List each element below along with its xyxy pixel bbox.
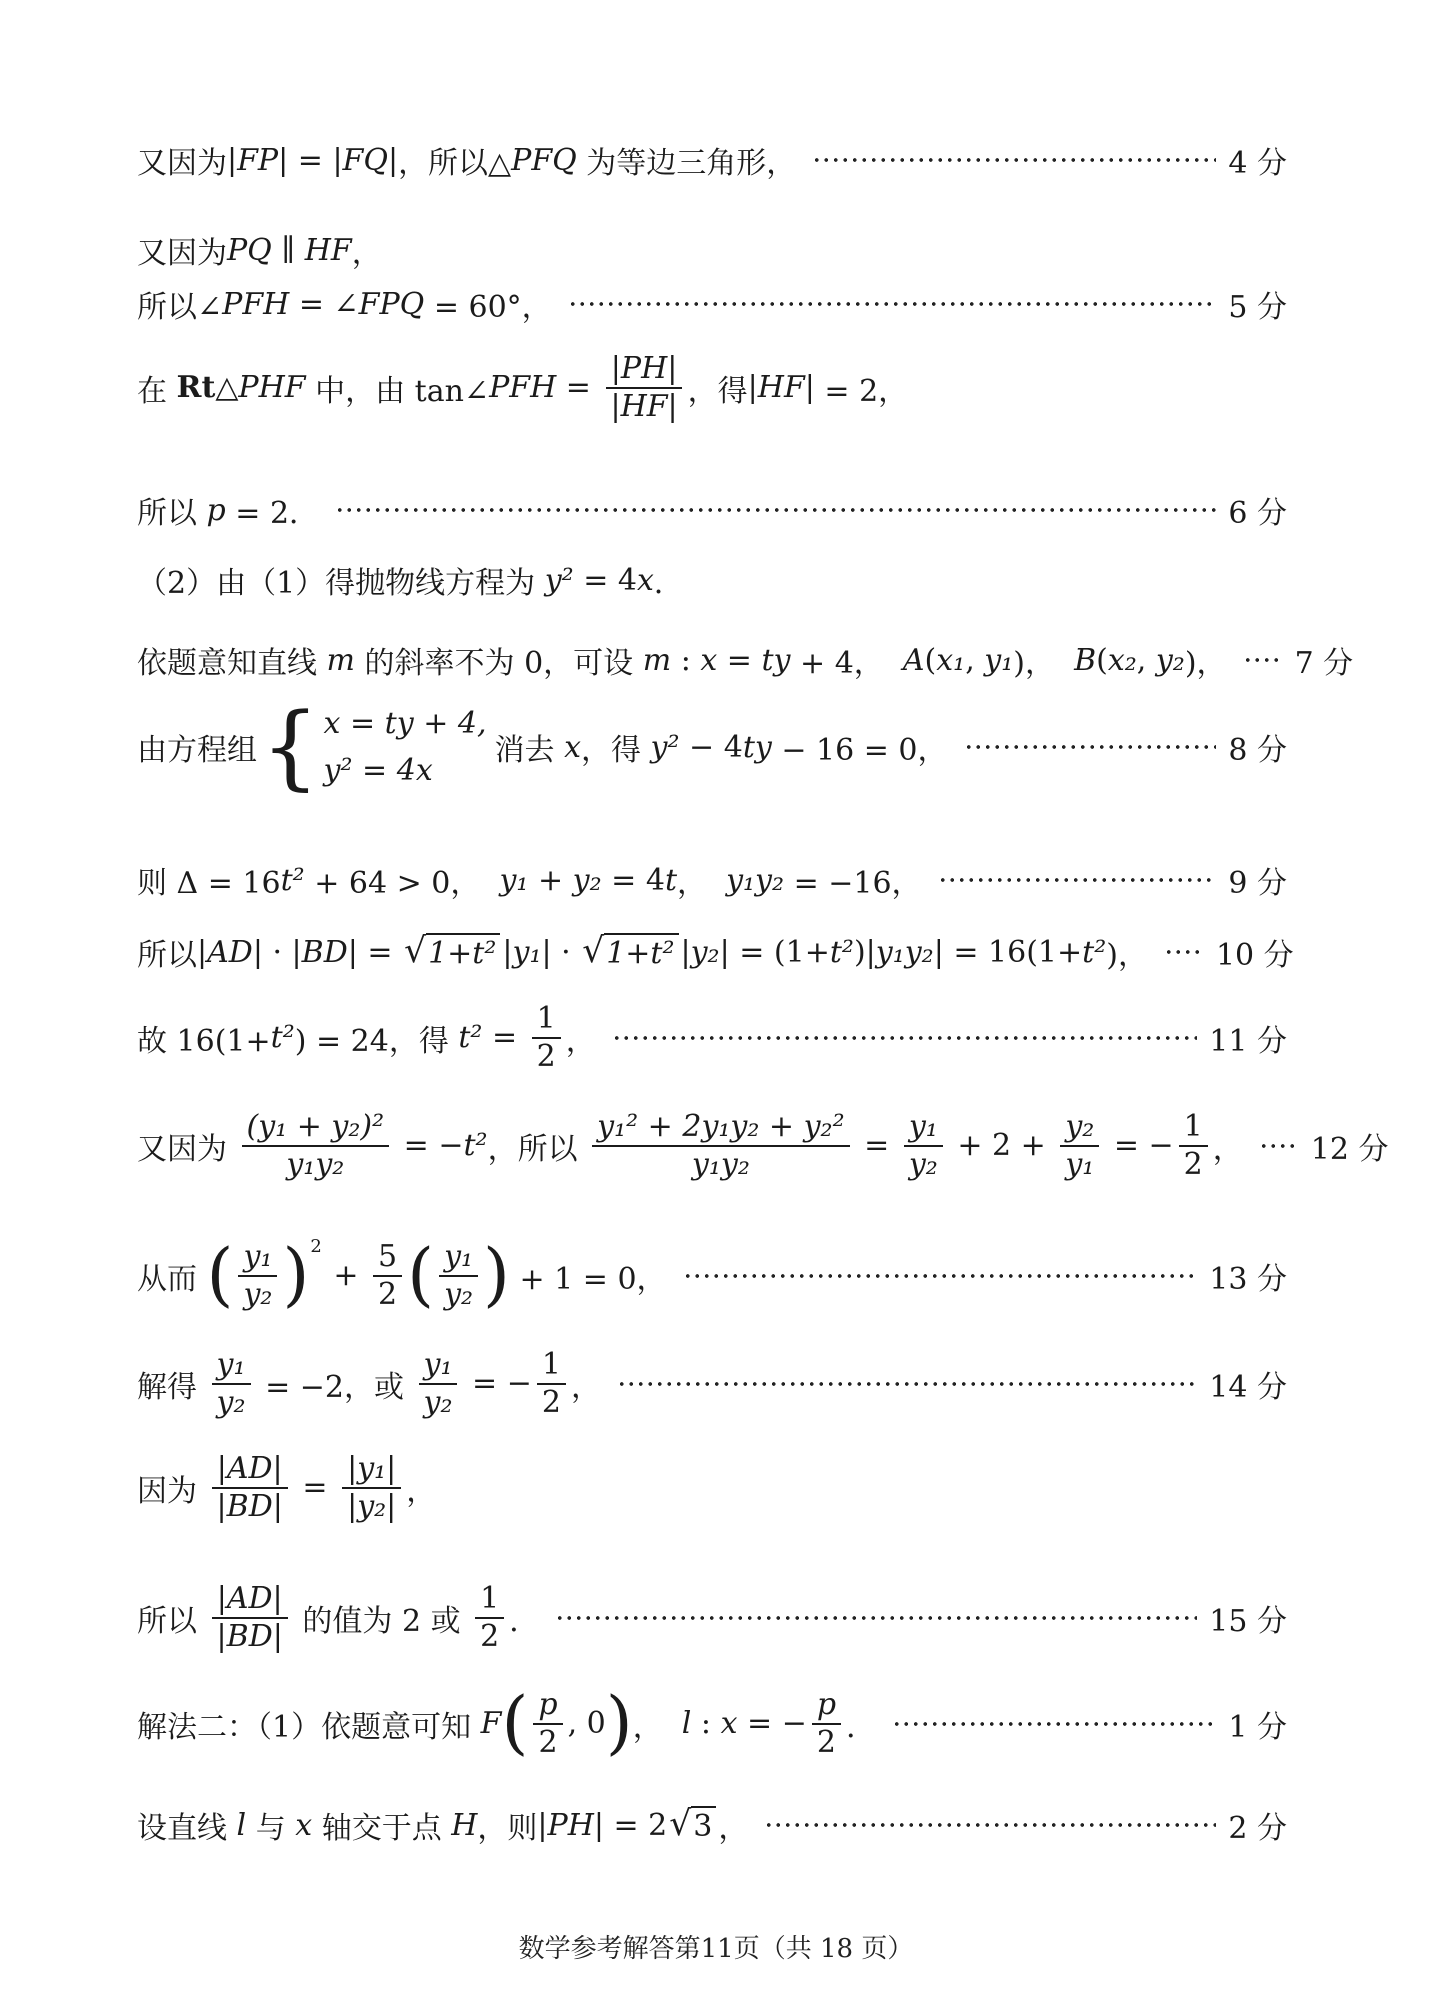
- dotted-leader: [617, 1369, 1197, 1399]
- score-badge: 12 分: [1311, 1124, 1389, 1168]
- dotted-leader: [1243, 645, 1283, 675]
- line-content: 依题意知直线 m 的斜率不为 0，可设 m : x = ty + 4， A(x₁…: [137, 638, 1227, 682]
- score-badge: 13 分: [1209, 1254, 1287, 1298]
- dotted-leader: [568, 289, 1217, 319]
- dotted-leader: [683, 1261, 1198, 1291]
- line-content: 解法二：（1）依题意可知 F(p2, 0)， l : x = −p2．: [137, 1688, 876, 1759]
- dotted-leader: [1259, 1131, 1299, 1161]
- solution-line: 又因为PQ ∥ HF，: [137, 228, 1287, 272]
- solution-line: 因为 |AD||BD| = |y₁||y₂|，: [137, 1452, 1287, 1523]
- line-content: 则 Δ = 16t² + 64 > 0， y₁ + y₂ = 4t， y₁y₂ …: [137, 858, 922, 902]
- dotted-leader: [892, 1709, 1216, 1739]
- line-content: 又因为|FP| = |FQ|，所以△PFQ 为等边三角形，: [137, 138, 796, 182]
- solution-line: 在 Rt△PHF 中，由 tan∠PFH = |PH||HF|，得|HF| = …: [137, 352, 1287, 423]
- line-content: 所以|AD| · |BD| = √1+t²|y₁| · √1+t²|y₂| = …: [137, 930, 1148, 974]
- line-content: 解得 y₁y₂ = −2，或 y₁y₂ = −12，: [137, 1348, 601, 1419]
- dotted-leader: [938, 865, 1217, 895]
- dotted-leader: [964, 732, 1217, 762]
- solution-line: 依题意知直线 m 的斜率不为 0，可设 m : x = ty + 4， A(x₁…: [137, 638, 1287, 682]
- line-content: 设直线 l 与 x 轴交于点 H，则|PH| = 2√3，: [137, 1803, 748, 1847]
- line-content: 又因为PQ ∥ HF，: [137, 228, 382, 272]
- score-badge: 5 分: [1228, 282, 1287, 326]
- line-content: 所以 p = 2．: [137, 488, 319, 532]
- solution-line: 由方程组{x = ty + 4,y² = 4x消去 x，得 y² − 4ty −…: [137, 706, 1287, 788]
- solution-line: 所以 p = 2． 6 分: [137, 488, 1287, 532]
- line-content: 又因为 (y₁ + y₂)²y₁y₂ = −t²，所以 y₁² + 2y₁y₂ …: [137, 1110, 1243, 1181]
- line-content: （2）由（1）得抛物线方程为 y² = 4x．: [137, 558, 684, 602]
- solution-line: 所以∠PFH = ∠FPQ = 60°， 5 分: [137, 282, 1287, 326]
- score-badge: 14 分: [1209, 1362, 1287, 1406]
- answer-key-page: 又因为|FP| = |FQ|，所以△PFQ 为等边三角形， 4 分 又因为PQ …: [0, 0, 1432, 2016]
- dotted-leader: [812, 145, 1216, 175]
- solution-line: 解得 y₁y₂ = −2，或 y₁y₂ = −12， 14 分: [137, 1348, 1287, 1419]
- solution-line: 从而 (y₁y₂)2 + 52(y₁y₂) + 1 = 0， 13 分: [137, 1240, 1287, 1311]
- score-badge: 2 分: [1228, 1803, 1287, 1847]
- dotted-leader: [764, 1810, 1216, 1840]
- dotted-leader: [555, 1603, 1197, 1633]
- solution-line: 又因为 (y₁ + y₂)²y₁y₂ = −t²，所以 y₁² + 2y₁y₂ …: [137, 1110, 1287, 1181]
- score-badge: 6 分: [1228, 488, 1287, 532]
- line-content: 故 16(1+t²) = 24，得 t² = 12，: [137, 1002, 596, 1073]
- solution-line: 又因为|FP| = |FQ|，所以△PFQ 为等边三角形， 4 分: [137, 138, 1287, 182]
- score-badge: 1 分: [1228, 1702, 1287, 1746]
- solution-line: （2）由（1）得抛物线方程为 y² = 4x．: [137, 558, 1287, 602]
- dotted-leader: [1164, 937, 1204, 967]
- score-badge: 4 分: [1228, 138, 1287, 182]
- line-content: 因为 |AD||BD| = |y₁||y₂|，: [137, 1452, 436, 1523]
- solution-line: 故 16(1+t²) = 24，得 t² = 12， 11 分: [137, 1002, 1287, 1073]
- solution-line: 设直线 l 与 x 轴交于点 H，则|PH| = 2√3， 2 分: [137, 1803, 1287, 1847]
- score-badge: 8 分: [1228, 725, 1287, 769]
- line-content: 所以 |AD||BD| 的值为 2 或 12．: [137, 1582, 539, 1653]
- score-badge: 9 分: [1228, 858, 1287, 902]
- line-content: 所以∠PFH = ∠FPQ = 60°，: [137, 282, 552, 326]
- score-badge: 7 分: [1295, 638, 1354, 682]
- line-content: 由方程组{x = ty + 4,y² = 4x消去 x，得 y² − 4ty −…: [137, 706, 948, 788]
- page-footer: 数学参考解答第11页（共 18 页）: [0, 1928, 1432, 1965]
- solution-line: 则 Δ = 16t² + 64 > 0， y₁ + y₂ = 4t， y₁y₂ …: [137, 858, 1287, 902]
- solution-line: 所以 |AD||BD| 的值为 2 或 12． 15 分: [137, 1582, 1287, 1653]
- dotted-leader: [612, 1023, 1198, 1053]
- dotted-leader: [335, 495, 1216, 525]
- solution-line: 所以|AD| · |BD| = √1+t²|y₁| · √1+t²|y₂| = …: [137, 930, 1287, 974]
- score-badge: 15 分: [1209, 1596, 1287, 1640]
- score-badge: 10 分: [1216, 930, 1294, 974]
- line-content: 在 Rt△PHF 中，由 tan∠PFH = |PH||HF|，得|HF| = …: [137, 352, 908, 423]
- solution-line: 解法二：（1）依题意可知 F(p2, 0)， l : x = −p2． 1 分: [137, 1688, 1287, 1759]
- line-content: 从而 (y₁y₂)2 + 52(y₁y₂) + 1 = 0，: [137, 1240, 667, 1311]
- score-badge: 11 分: [1209, 1016, 1287, 1060]
